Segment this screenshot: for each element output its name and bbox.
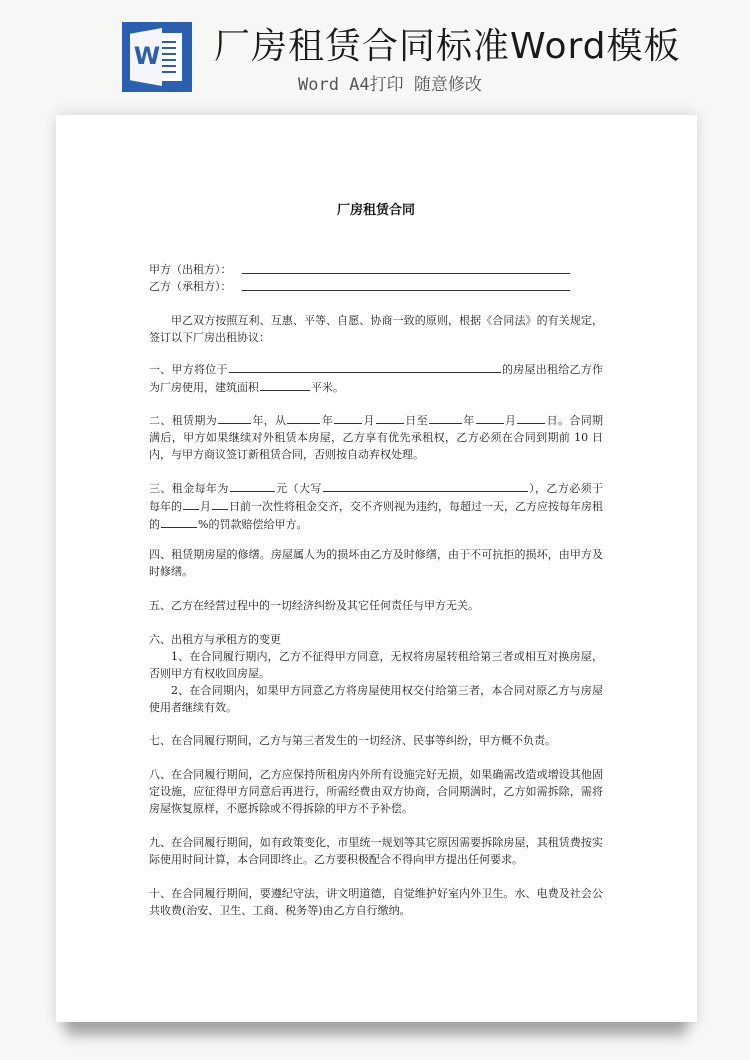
clause-6-item-1: 1、在合同履行期内，乙方不征得甲方同意，无权将房屋转租给第三者或相互对换房屋，否… xyxy=(149,648,603,682)
template-subtitle: Word A4打印 随意修改 xyxy=(298,70,482,95)
payment-day-field[interactable] xyxy=(212,497,228,510)
end-day-field[interactable] xyxy=(517,411,545,424)
clause-5: 五、乙方在经营过程中的一切经济纠纷及其它任何责任与甲方无关。 xyxy=(149,597,603,614)
word-letter: W xyxy=(132,42,162,70)
party-a-label: 甲方（出租方）： xyxy=(149,261,232,278)
template-title: 厂房租赁合同标准Word模板 xyxy=(214,18,681,69)
party-b-row: 乙方（承租方）： xyxy=(149,278,579,295)
clause-9: 九、在合同履行期间，如有政策变化，市里统一规划等其它原因需要拆除房屋，其租赁费按… xyxy=(149,834,603,868)
clause-1: 一、甲方将位于的房屋出租给乙方作为厂房使用，建筑面积平米。 xyxy=(149,360,603,396)
clause-6-heading: 六、出租方与承租方的变更 xyxy=(149,631,603,648)
location-field[interactable] xyxy=(229,360,501,373)
clause-3: 三、租金每年为元（大写），乙方必须于每年的月日前一次性将租金交齐，交不齐则视为违… xyxy=(149,479,603,533)
annual-rent-field[interactable] xyxy=(230,479,275,492)
intro-paragraph: 甲乙双方按照互利、互惠、平等、自愿、协商一致的原则，根据《合同法》的有关规定，签… xyxy=(149,312,603,346)
clause-4: 四、租赁期房屋的修缮。房屋属人为的损坏由乙方及时修缮，由于不可抗拒的损坏，由甲方… xyxy=(149,546,603,580)
party-a-field[interactable] xyxy=(242,273,570,274)
party-b-label: 乙方（承租方）： xyxy=(149,278,232,295)
penalty-percent-field[interactable] xyxy=(161,515,197,528)
end-month-field[interactable] xyxy=(476,411,504,424)
clause-8: 八、在合同履行期间，乙方应保持所租房内外所有设施完好无损，如果确需改造或增设其他… xyxy=(149,766,603,817)
start-month-field[interactable] xyxy=(334,411,362,424)
rent-in-words-field[interactable] xyxy=(323,479,528,492)
clause-10: 十、在合同履行期间，要遵纪守法，讲文明道德，自觉维护好室内外卫生。水、电费及社会… xyxy=(149,885,603,919)
end-year-field[interactable] xyxy=(429,411,462,424)
start-year-field[interactable] xyxy=(287,411,320,424)
clause-6-item-2: 2、在合同期内，如果甲方同意乙方将房屋使用权交付给第三者，本合同对原乙方与房屋使… xyxy=(149,682,603,716)
party-b-field[interactable] xyxy=(242,290,570,291)
contract-title: 厂房租赁合同 xyxy=(149,202,603,219)
start-day-field[interactable] xyxy=(376,411,404,424)
clause-7: 七、在合同履行期间，乙方与第三者发生的一切经济、民事等纠纷，甲方概不负责。 xyxy=(149,732,603,749)
party-a-row: 甲方（出租方）： xyxy=(149,261,579,278)
area-field[interactable] xyxy=(260,378,310,391)
payment-month-field[interactable] xyxy=(183,497,199,510)
document-page: 厂房租赁合同 甲方（出租方）： 乙方（承租方）： 甲乙双方按照互利、互惠、平等、… xyxy=(56,115,697,1022)
lease-years-field[interactable] xyxy=(218,411,251,424)
word-app-icon: W xyxy=(122,22,192,92)
clause-6: 六、出租方与承租方的变更 1、在合同履行期内，乙方不征得甲方同意，无权将房屋转租… xyxy=(149,631,603,716)
template-header: W 厂房租赁合同标准Word模板 Word A4打印 随意修改 xyxy=(0,0,750,108)
clause-2: 二、租赁期为年，从年月日至年月日。合同期满后，甲方如果继续对外租赁本房屋，乙方享… xyxy=(149,411,603,463)
